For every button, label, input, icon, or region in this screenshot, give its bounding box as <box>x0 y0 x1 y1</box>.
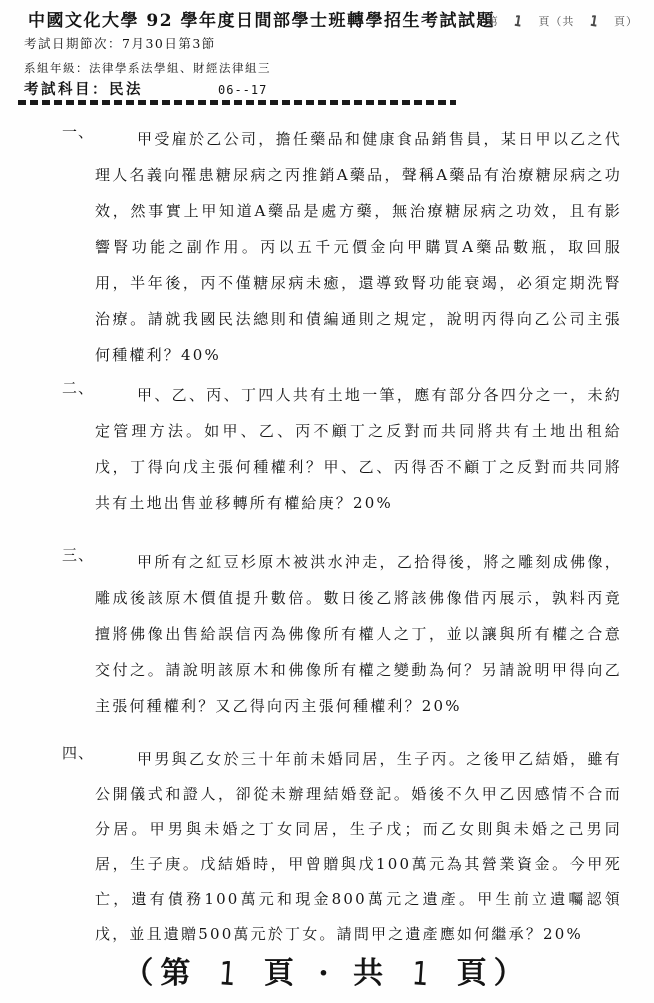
header-page-number: 第 1 頁（共 1 頁） <box>487 13 638 29</box>
exam-sheet: 中國文化大學 92 學年度日間部學士班轉學招生考試試題 第 1 頁（共 1 頁）… <box>0 0 654 1003</box>
subject-line: 考試科目：民法 <box>24 78 143 99</box>
question-1-number: 一、 <box>62 121 94 142</box>
subject-code: 06--17 <box>218 83 267 97</box>
question-3-text: 甲所有之紅豆杉原木被洪水沖走，乙拾得後，將之雕刻成佛像，雕成後該原木價值提升數倍… <box>95 544 622 724</box>
question-4-text: 甲男與乙女於三十年前未婚同居，生子丙。之後甲乙結婚，雖有公開儀式和證人，卻從未辦… <box>95 742 622 952</box>
question-2: 二、 甲、乙、丙、丁四人共有土地一筆，應有部分各四分之一，未約定管理方法。如甲、… <box>62 377 622 521</box>
question-1: 一、 甲受雇於乙公司，擔任藥品和健康食品銷售員，某日甲以乙之代理人名義向罹患糖尿… <box>62 121 622 373</box>
exam-title: 中國文化大學 92 學年度日間部學士班轉學招生考試試題 <box>28 6 495 31</box>
footer-close: 頁） <box>457 956 531 991</box>
question-1-text: 甲受雇於乙公司，擔任藥品和健康食品銷售員，某日甲以乙之代理人名義向罹患糖尿病之丙… <box>95 121 622 373</box>
question-4-number: 四、 <box>62 742 94 763</box>
footer-page-number: （第 1 頁 · 共 1 頁） <box>0 948 654 992</box>
header-divider <box>18 100 456 105</box>
question-2-number: 二、 <box>62 377 94 398</box>
exam-date-line: 考試日期節次：7月30日第3節 <box>24 34 216 52</box>
question-2-text: 甲、乙、丙、丁四人共有土地一筆，應有部分各四分之一，未約定管理方法。如甲、乙、丙… <box>95 377 622 521</box>
page-note-mid: 頁（共 <box>538 13 574 29</box>
question-3: 三、 甲所有之紅豆杉原木被洪水沖走，乙拾得後，將之雕刻成佛像，雕成後該原木價值提… <box>62 544 622 724</box>
question-4: 四、 甲男與乙女於三十年前未婚同居，生子丙。之後甲乙結婚，雖有公開儀式和證人，卻… <box>62 742 622 952</box>
handwritten-footer-total: 1 <box>410 955 436 994</box>
page-note-suffix: 頁） <box>614 13 638 29</box>
page-note-prefix: 第 <box>487 13 499 29</box>
footer-mid: 頁 · 共 <box>264 956 390 991</box>
department-line: 系組年級：法律學系法學組、財經法律組三 <box>24 60 271 76</box>
handwritten-page-number: 1 <box>513 12 524 31</box>
handwritten-total-pages: 1 <box>589 12 600 31</box>
footer-open: （第 <box>123 956 197 991</box>
question-3-number: 三、 <box>62 544 94 565</box>
handwritten-footer-page: 1 <box>218 955 244 994</box>
